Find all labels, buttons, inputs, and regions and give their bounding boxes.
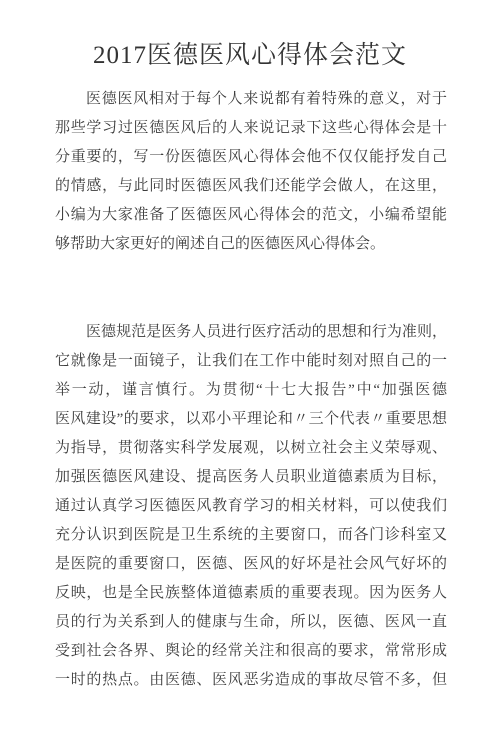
paragraph-body: 医德规范是医务人员进行医疗活动的思想和行为准则， 它就像是一面镜子，让我们在工作…: [55, 318, 447, 695]
text-line: 医风建设”的要求，以邓小平理论和〃三个代表〃重要思想: [55, 405, 447, 434]
text-line: 它就像是一面镜子，让我们在工作中能时刻对照自己的一: [55, 347, 447, 376]
text-line: 加强医德医风建设、提高医务人员职业道德素质为目标，: [55, 463, 447, 492]
document-title: 2017医德医风心得体会范文: [0, 0, 500, 72]
text-line: 够帮助大家更好的阐述自己的医德医风心得体会。: [55, 230, 447, 259]
text-line: 的情感，与此同时医德医风我们还能学会做人，在这里，: [55, 172, 447, 201]
text-line: 医德规范是医务人员进行医疗活动的思想和行为准则，: [55, 318, 447, 347]
text-line: 通过认真学习医德医风教育学习的相关材料，可以使我们: [55, 492, 447, 521]
text-line: 医德医风相对于每个人来说都有着特殊的意义，对于: [55, 85, 447, 114]
text-line: 一时的热点。由医德、医风恶劣造成的事故尽管不多，但: [55, 666, 447, 695]
text-line: 为指导，贯彻落实科学发展观，以树立社会主义荣辱观、: [55, 434, 447, 463]
text-line: 举一动，谨言慎行。为贯彻“十七大报告”中“加强医德: [55, 376, 447, 405]
document-page: 2017医德医风心得体会范文 医德医风相对于每个人来说都有着特殊的意义，对于 那…: [0, 0, 500, 739]
text-line: 员的行为关系到人的健康与生命，所以，医德、医风一直: [55, 608, 447, 637]
text-line: 分重要的，写一份医德医风心得体会他不仅仅能抒发自己: [55, 143, 447, 172]
text-line: 是医院的重要窗口，医德、医风的好坏是社会风气好坏的: [55, 550, 447, 579]
text-line: 那些学习过医德医风后的人来说记录下这些心得体会是十: [55, 114, 447, 143]
text-line: 小编为大家准备了医德医风心得体会的范文，小编希望能: [55, 201, 447, 230]
paragraph-intro: 医德医风相对于每个人来说都有着特殊的意义，对于 那些学习过医德医风后的人来说记录…: [55, 85, 447, 259]
text-line: 受到社会各界、舆论的经常关注和很高的要求，常常形成: [55, 637, 447, 666]
text-line: 反映，也是全民族整体道德素质的重要表现。因为医务人: [55, 579, 447, 608]
text-line: 充分认识到医院是卫生系统的主要窗口，而各门诊科室又: [55, 521, 447, 550]
